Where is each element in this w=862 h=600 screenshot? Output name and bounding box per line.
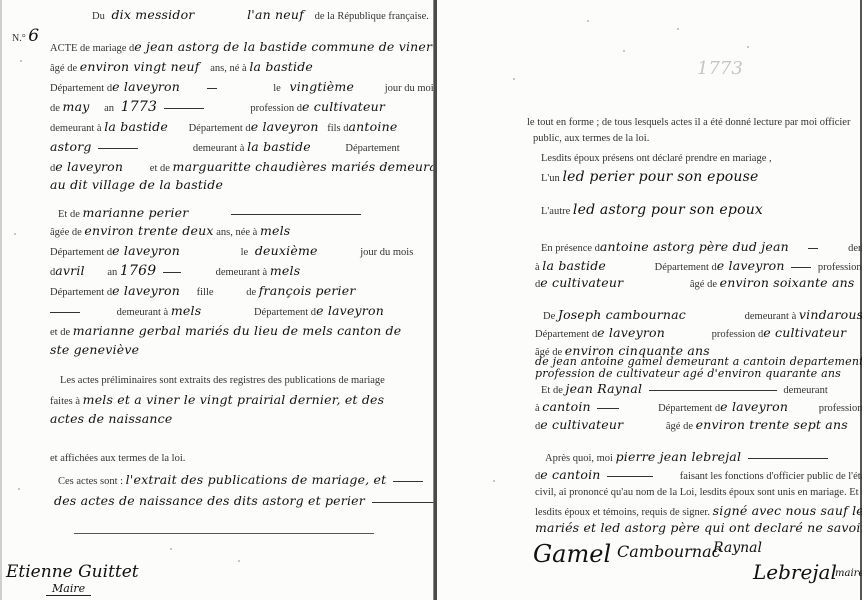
line-residence-father-bride: demeurant à mels Département de laveyron (50, 304, 384, 320)
printed-text: et de (50, 327, 70, 338)
rule (163, 272, 181, 273)
printed-text: de (246, 287, 256, 298)
line-witness1: En présence dantoine astorg père dud jea… (541, 240, 862, 256)
hand-text: françois perier (259, 283, 356, 298)
hand-text: e laveyron (112, 79, 180, 94)
line-witness1-age: de cultivateur âgé de environ soixante a… (535, 276, 854, 292)
speck (493, 480, 495, 482)
left-page: Du dix messidor l'an neuf de la Républiq… (0, 0, 434, 600)
hand-text: e cantoin (540, 467, 600, 482)
hand-year: l'an neuf (247, 7, 304, 22)
printed-text: L'autre (541, 206, 570, 217)
hand-text: environ trente sept ans (696, 417, 848, 432)
hand-text: 1769 (120, 263, 156, 279)
line-dept-groom: Département de laveyron le vingtième jou… (50, 80, 438, 96)
hand-text: e laveyron (597, 325, 665, 340)
rule (207, 88, 217, 89)
printed-text: Département d (50, 247, 112, 258)
signature-lebrejal: Lebrejal (753, 560, 837, 584)
line-birth-acts: actes de naissance (50, 412, 172, 428)
hand-text: e cultivateur (763, 325, 846, 340)
line-one: L'un led perier pour son epouse (541, 170, 758, 186)
hand-text: mels (171, 303, 201, 318)
line-mother-bride: et de marianne gerbal mariés du lieu de … (50, 324, 401, 340)
hand-text: e laveyron (316, 303, 384, 318)
line-public: public, aux termes de la loi. (533, 132, 649, 146)
rule (597, 408, 619, 409)
printed-text: et affichées aux termes de la loi. (50, 453, 185, 464)
printed-text: à (535, 262, 540, 273)
printed-text: Département (345, 143, 399, 154)
line-publications: faites à mels et a viner le vingt prairi… (50, 393, 384, 409)
hand-text: mels (260, 223, 290, 238)
hand-text: e jean astorg de la bastide commune de v… (134, 39, 432, 54)
line-acte: ACTE de mariage de jean astorg de la bas… (50, 40, 432, 56)
hand-text: la bastide (542, 258, 606, 273)
hand-text: la bastide (247, 139, 311, 154)
hand-text: ste geneviève (50, 342, 139, 357)
printed-text: âgée de (50, 227, 82, 238)
printed-text: ans, né à (210, 63, 246, 74)
line-witness4-age: de cultivateur âgé de environ trente sep… (535, 418, 848, 434)
hand-date: dix messidor (111, 7, 194, 22)
signature-name: Etienne Guittet (6, 562, 139, 582)
printed-text: profession (819, 403, 862, 414)
signature-gamel: Gamel (533, 540, 611, 568)
printed-text: Département d (535, 329, 597, 340)
hand-text: e laveyron (112, 243, 180, 258)
signature-subtitle-text: Maire (52, 582, 85, 595)
line-acts-are: Ces actes sont : l'extrait des publicati… (58, 473, 427, 489)
printed-text: le (241, 247, 249, 258)
printed-text: demeurant à (50, 123, 102, 134)
hand-text: jean Raynal (566, 381, 643, 396)
rule (808, 248, 818, 249)
printed-text: le (273, 83, 281, 94)
printed-text: Département d (50, 83, 112, 94)
hand-text: marguaritte chaudières mariés demeurant (173, 159, 451, 174)
rule (607, 476, 653, 477)
hand-text: cantoin (542, 399, 591, 414)
line-officer: Après quoi, moi pierre jean lebrejal Mai… (545, 450, 862, 466)
signature-maire-label: maire (835, 568, 862, 579)
printed-text: demeurant à (117, 307, 169, 318)
hand-text: antoine (349, 119, 398, 134)
hand-text: vindarous (799, 307, 862, 322)
hand-text: au dit village de la bastide (50, 177, 223, 192)
line-witness4-dept: à cantoin Département de laveyron profes… (535, 400, 862, 416)
printed-text: profession (818, 262, 862, 273)
hand-text: signé avec nous sauf les (713, 503, 862, 518)
line-witness2: De Joseph cambournac demeurant à vindaro… (543, 308, 862, 324)
line-pronounced: civil, ai prononcé qu'au nom de la Loi, … (535, 486, 862, 500)
line-acts-names: des actes de naissance des dits astorg e… (54, 494, 456, 510)
speck (747, 46, 749, 48)
hand-text: led astorg pour son epoux (573, 202, 763, 218)
printed-text: fils d (327, 123, 348, 134)
printed-text: profession d (250, 103, 302, 114)
hand-text: Joseph cambournac (558, 307, 686, 322)
speck (20, 60, 22, 62)
printed-text: civil, ai prononcé qu'au nom de la Loi, … (535, 487, 862, 498)
rule (393, 481, 423, 482)
line-father-bride: Département de laveyron fille de françoi… (50, 284, 356, 300)
printed-text: demeurant (848, 243, 862, 254)
hand-text: actes de naissance (50, 411, 172, 426)
line-witness3-profession: profession de cultivateur agé d'environ … (535, 367, 841, 382)
printed-text: De (543, 311, 555, 322)
printed-text: âgé de (690, 279, 717, 290)
hand-text: avril (55, 263, 85, 278)
printed-text: En présence d (541, 243, 600, 254)
line-posted: et affichées aux termes de la loi. (50, 452, 185, 466)
hand-text: e cultivateur (540, 417, 623, 432)
hand-text: vingtième (289, 79, 354, 94)
rule (164, 108, 204, 109)
hand-text: deuxième (255, 243, 318, 258)
printed-text: faites à (50, 396, 80, 407)
record-number-value: 6 (28, 26, 39, 46)
right-page: 1773 le tout en forme ; de tous lesquels… (434, 0, 862, 600)
printed-text: Département d (254, 307, 316, 318)
speck (587, 20, 589, 22)
hand-text: marianne gerbal mariés du lieu de mels c… (73, 323, 402, 338)
speck (18, 488, 20, 490)
line-birth-bride: davril an 1769 demeurant à mels (50, 264, 300, 280)
line-signed: lesdits époux et témoins, requis de sign… (535, 504, 862, 520)
line-witness4: Et de jean Raynal demeurant (541, 382, 828, 398)
printed-text: Département d (189, 123, 251, 134)
divider-rule (74, 533, 374, 534)
hand-text: e laveyron (112, 283, 180, 298)
printed-text: Et de (58, 209, 80, 220)
printed-text: et de (150, 163, 170, 174)
rule (98, 148, 138, 149)
signature-subtitle: Maire (46, 582, 91, 596)
printed-text: an (104, 103, 114, 114)
printed-text: Département d (658, 403, 720, 414)
record-number-label: N.° (12, 33, 26, 44)
line-canton-bride: ste geneviève (50, 343, 139, 359)
printed-text: public, aux termes de la loi. (533, 133, 649, 144)
printed-text: à (535, 403, 540, 414)
line-dept-bride: Département de laveyron le deuxième jour… (50, 244, 413, 260)
printed-text: demeurant à (193, 143, 245, 154)
hand-text: environ vingt neuf (80, 59, 200, 74)
printed-text: Département d (50, 287, 112, 298)
signature-mayor-left: Etienne Guittet (6, 562, 139, 582)
rule (748, 458, 828, 459)
hand-text: pierre jean lebrejal (616, 449, 742, 464)
printed-text: Lesdits époux présens ont déclaré prendr… (541, 153, 772, 164)
line-commune: de cantoin faisant les fonctions d'offic… (535, 468, 862, 484)
hand-text: la bastide (249, 59, 313, 74)
signature-cambournac: Cambournac (617, 542, 721, 561)
line-reading: le tout en forme ; de tous lesquels acte… (527, 116, 850, 130)
printed-text: ACTE de mariage d (50, 43, 134, 54)
printed-text: le tout en forme ; de tous lesquels acte… (527, 117, 850, 128)
header-line: Du dix messidor l'an neuf de la Républiq… (92, 8, 429, 24)
hand-text: e cultivateur (302, 99, 385, 114)
printed-du: Du (92, 11, 105, 22)
rule (649, 390, 777, 391)
hand-text: e laveyron (717, 258, 785, 273)
hand-text: la bastide (104, 119, 168, 134)
line-mother-groom: de laveyron et de marguaritte chaudières… (50, 160, 451, 176)
hand-text: e cultivateur (540, 275, 623, 290)
printed-text: faisant les fonctions d'officier public … (680, 471, 862, 482)
printed-text: âgé de (666, 421, 693, 432)
hand-text: profession de cultivateur agé d'environ … (535, 367, 841, 380)
line-age-bride: âgée de environ trente deux ans, née à m… (50, 224, 290, 240)
hand-text: mels et a viner le vingt prairial dernie… (83, 392, 385, 407)
hand-text: astorg (50, 139, 92, 154)
printed-text: demeurant (783, 385, 827, 396)
speck (238, 560, 240, 562)
line-father-groom: astorg demeurant à la bastide Départemen… (50, 140, 400, 156)
speck (623, 50, 625, 52)
hand-text: 1773 (121, 99, 157, 115)
line-residence-groom: demeurant à la bastide Département de la… (50, 120, 397, 136)
hand-text: e laveyron (251, 119, 319, 134)
hand-text: may (63, 99, 90, 114)
rule (50, 312, 80, 313)
printed-text: Les actes préliminaires sont extraits de… (60, 375, 385, 386)
rule (231, 214, 361, 215)
line-witness1-dept: à la bastide Département de laveyron pro… (535, 259, 862, 275)
printed-text: ans, née à (216, 227, 257, 238)
printed-text: demeurant à (745, 311, 797, 322)
printed-text: L'un (541, 173, 560, 184)
line-declared: Lesdits époux présens ont déclaré prendr… (541, 152, 772, 166)
line-could-not-sign: mariés et led astorg père qui ont declar… (535, 521, 862, 537)
line-village-groom: au dit village de la bastide (50, 178, 223, 194)
printed-text: Ces actes sont : (58, 476, 123, 487)
printed-republique: de la République française. (315, 11, 429, 22)
line-preliminary: Les actes préliminaires sont extraits de… (60, 374, 385, 388)
hand-text: e laveyron (55, 159, 123, 174)
line-witness2-dept: Département de laveyron profession de cu… (535, 326, 846, 342)
hand-text: antoine astorg père dud jean (600, 239, 789, 254)
line-age-groom: âgé de environ vingt neuf ans, né à la b… (50, 60, 313, 76)
line-bride-name: Et de marianne perier (58, 206, 365, 222)
printed-text: jour du mois (360, 247, 413, 258)
signature-raynal: Raynal (713, 540, 762, 556)
line-other: L'autre led astorg pour son epoux (541, 203, 763, 219)
hand-text: marianne perier (83, 205, 189, 220)
line-birth-groom: de may an 1773 profession de cultivateur (50, 100, 385, 116)
faded-header: 1773 (697, 58, 743, 79)
printed-text: Après quoi, moi (545, 453, 613, 464)
speck (170, 548, 172, 550)
printed-text: an (107, 267, 117, 278)
speck (513, 78, 515, 80)
printed-text: de (50, 103, 60, 114)
speck (677, 28, 679, 30)
hand-text: e laveyron (720, 399, 788, 414)
rule (791, 267, 811, 268)
hand-text: des actes de naissance des dits astorg e… (54, 493, 365, 508)
printed-text: fille (197, 287, 214, 298)
hand-text: mels (270, 263, 300, 278)
hand-text: mariés et led astorg père qui ont declar… (535, 520, 862, 535)
hand-text: environ soixante ans (720, 275, 855, 290)
record-number: N.° 6 (12, 26, 39, 46)
printed-text: demeurant à (216, 267, 268, 278)
speck (14, 233, 16, 235)
printed-text: jour du mois (385, 83, 438, 94)
hand-text: l'extrait des publications de mariage, e… (126, 472, 387, 487)
printed-text: Et de (541, 385, 563, 396)
hand-text: environ trente deux (84, 223, 213, 238)
printed-text: Département d (655, 262, 717, 273)
printed-text: âgé de (50, 63, 77, 74)
hand-text: led perier pour son epouse (562, 169, 758, 185)
printed-text: lesdits époux et témoins, requis de sign… (535, 507, 710, 518)
printed-text: profession d (712, 329, 764, 340)
